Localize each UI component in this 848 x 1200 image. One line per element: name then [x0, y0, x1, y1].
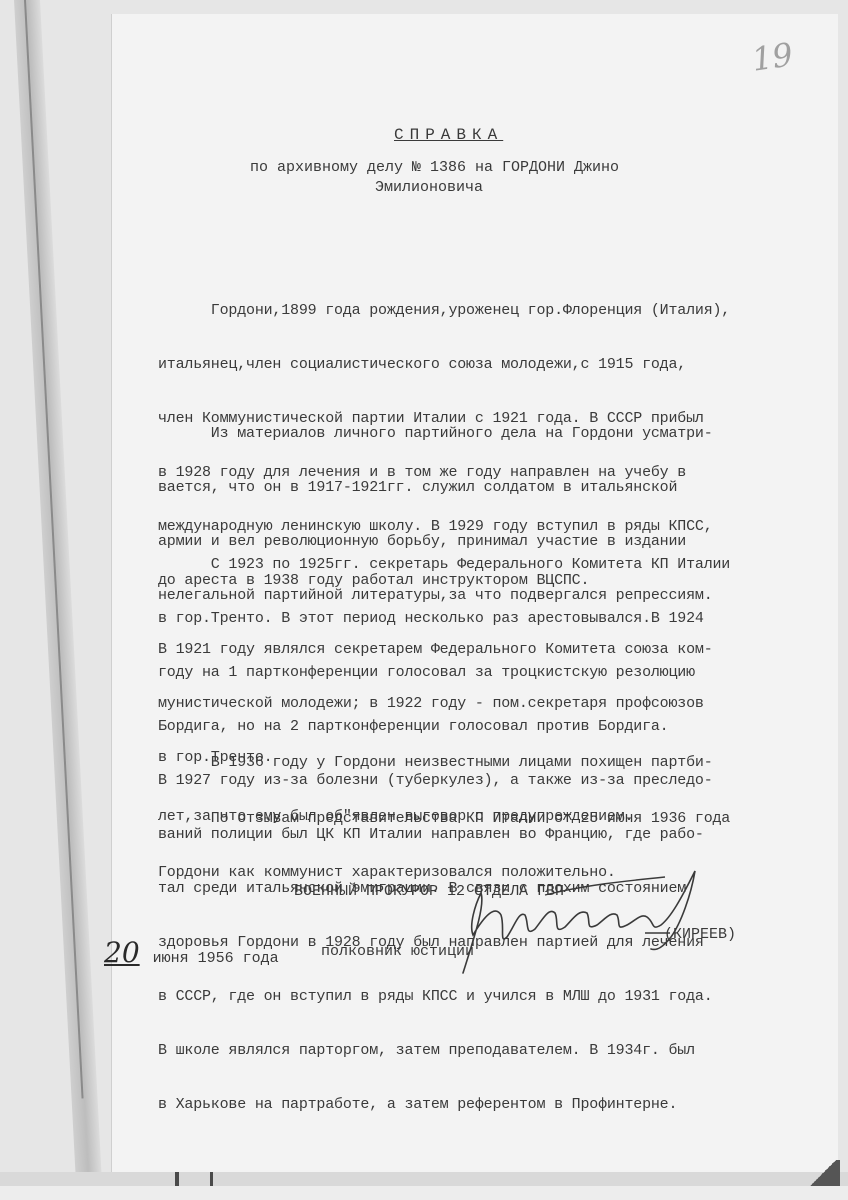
document-subtitle: по архивному делу № 1386 на ГОРДОНИ Джин…: [250, 158, 670, 198]
binder-clip: [210, 1172, 213, 1186]
text-line: Из материалов личного партийного дела на…: [158, 425, 830, 443]
binder-clip: [175, 1172, 179, 1186]
signatory-name: (КИРЕЕВ): [664, 926, 736, 943]
text-line: В 1936 году у Гордони неизвестными лицам…: [158, 754, 830, 772]
text-line: в Харькове на партработе, а затем рефере…: [158, 1096, 830, 1114]
text-line: вается, что он в 1917-1921гг. служил сол…: [158, 479, 830, 497]
text-line: С 1923 по 1925гг. секретарь Федерального…: [158, 556, 830, 574]
folded-corner: [806, 1160, 840, 1186]
document-date: 20 июня 1956 года: [104, 936, 279, 969]
handwritten-signature: [455, 865, 715, 980]
text-line: в СССР, где он вступил в ряды КПСС и учи…: [158, 988, 830, 1006]
text-line: В школе являлся парторгом, затем препода…: [158, 1042, 830, 1060]
date-day-handwritten: 20: [104, 936, 140, 969]
date-rest: июня 1956 года: [153, 950, 279, 967]
text-line: Гордони,1899 года рождения,уроженец гор.…: [158, 302, 830, 320]
bottom-strip: [0, 1172, 848, 1186]
text-line: году на 1 партконференции голосовал за т…: [158, 664, 830, 682]
text-line: в гор.Тренто. В этот период несколько ра…: [158, 610, 830, 628]
document-title: СПРАВКА: [394, 126, 503, 144]
subtitle-line-2: Эмилионовича: [250, 178, 670, 198]
text-line: итальянец,член социалистического союза м…: [158, 356, 830, 374]
folio-number: 19: [750, 35, 796, 78]
subtitle-line-1: по архивному делу № 1386 на ГОРДОНИ Джин…: [250, 159, 619, 176]
text-line: По отзывам представительства КП Италии о…: [158, 810, 830, 828]
